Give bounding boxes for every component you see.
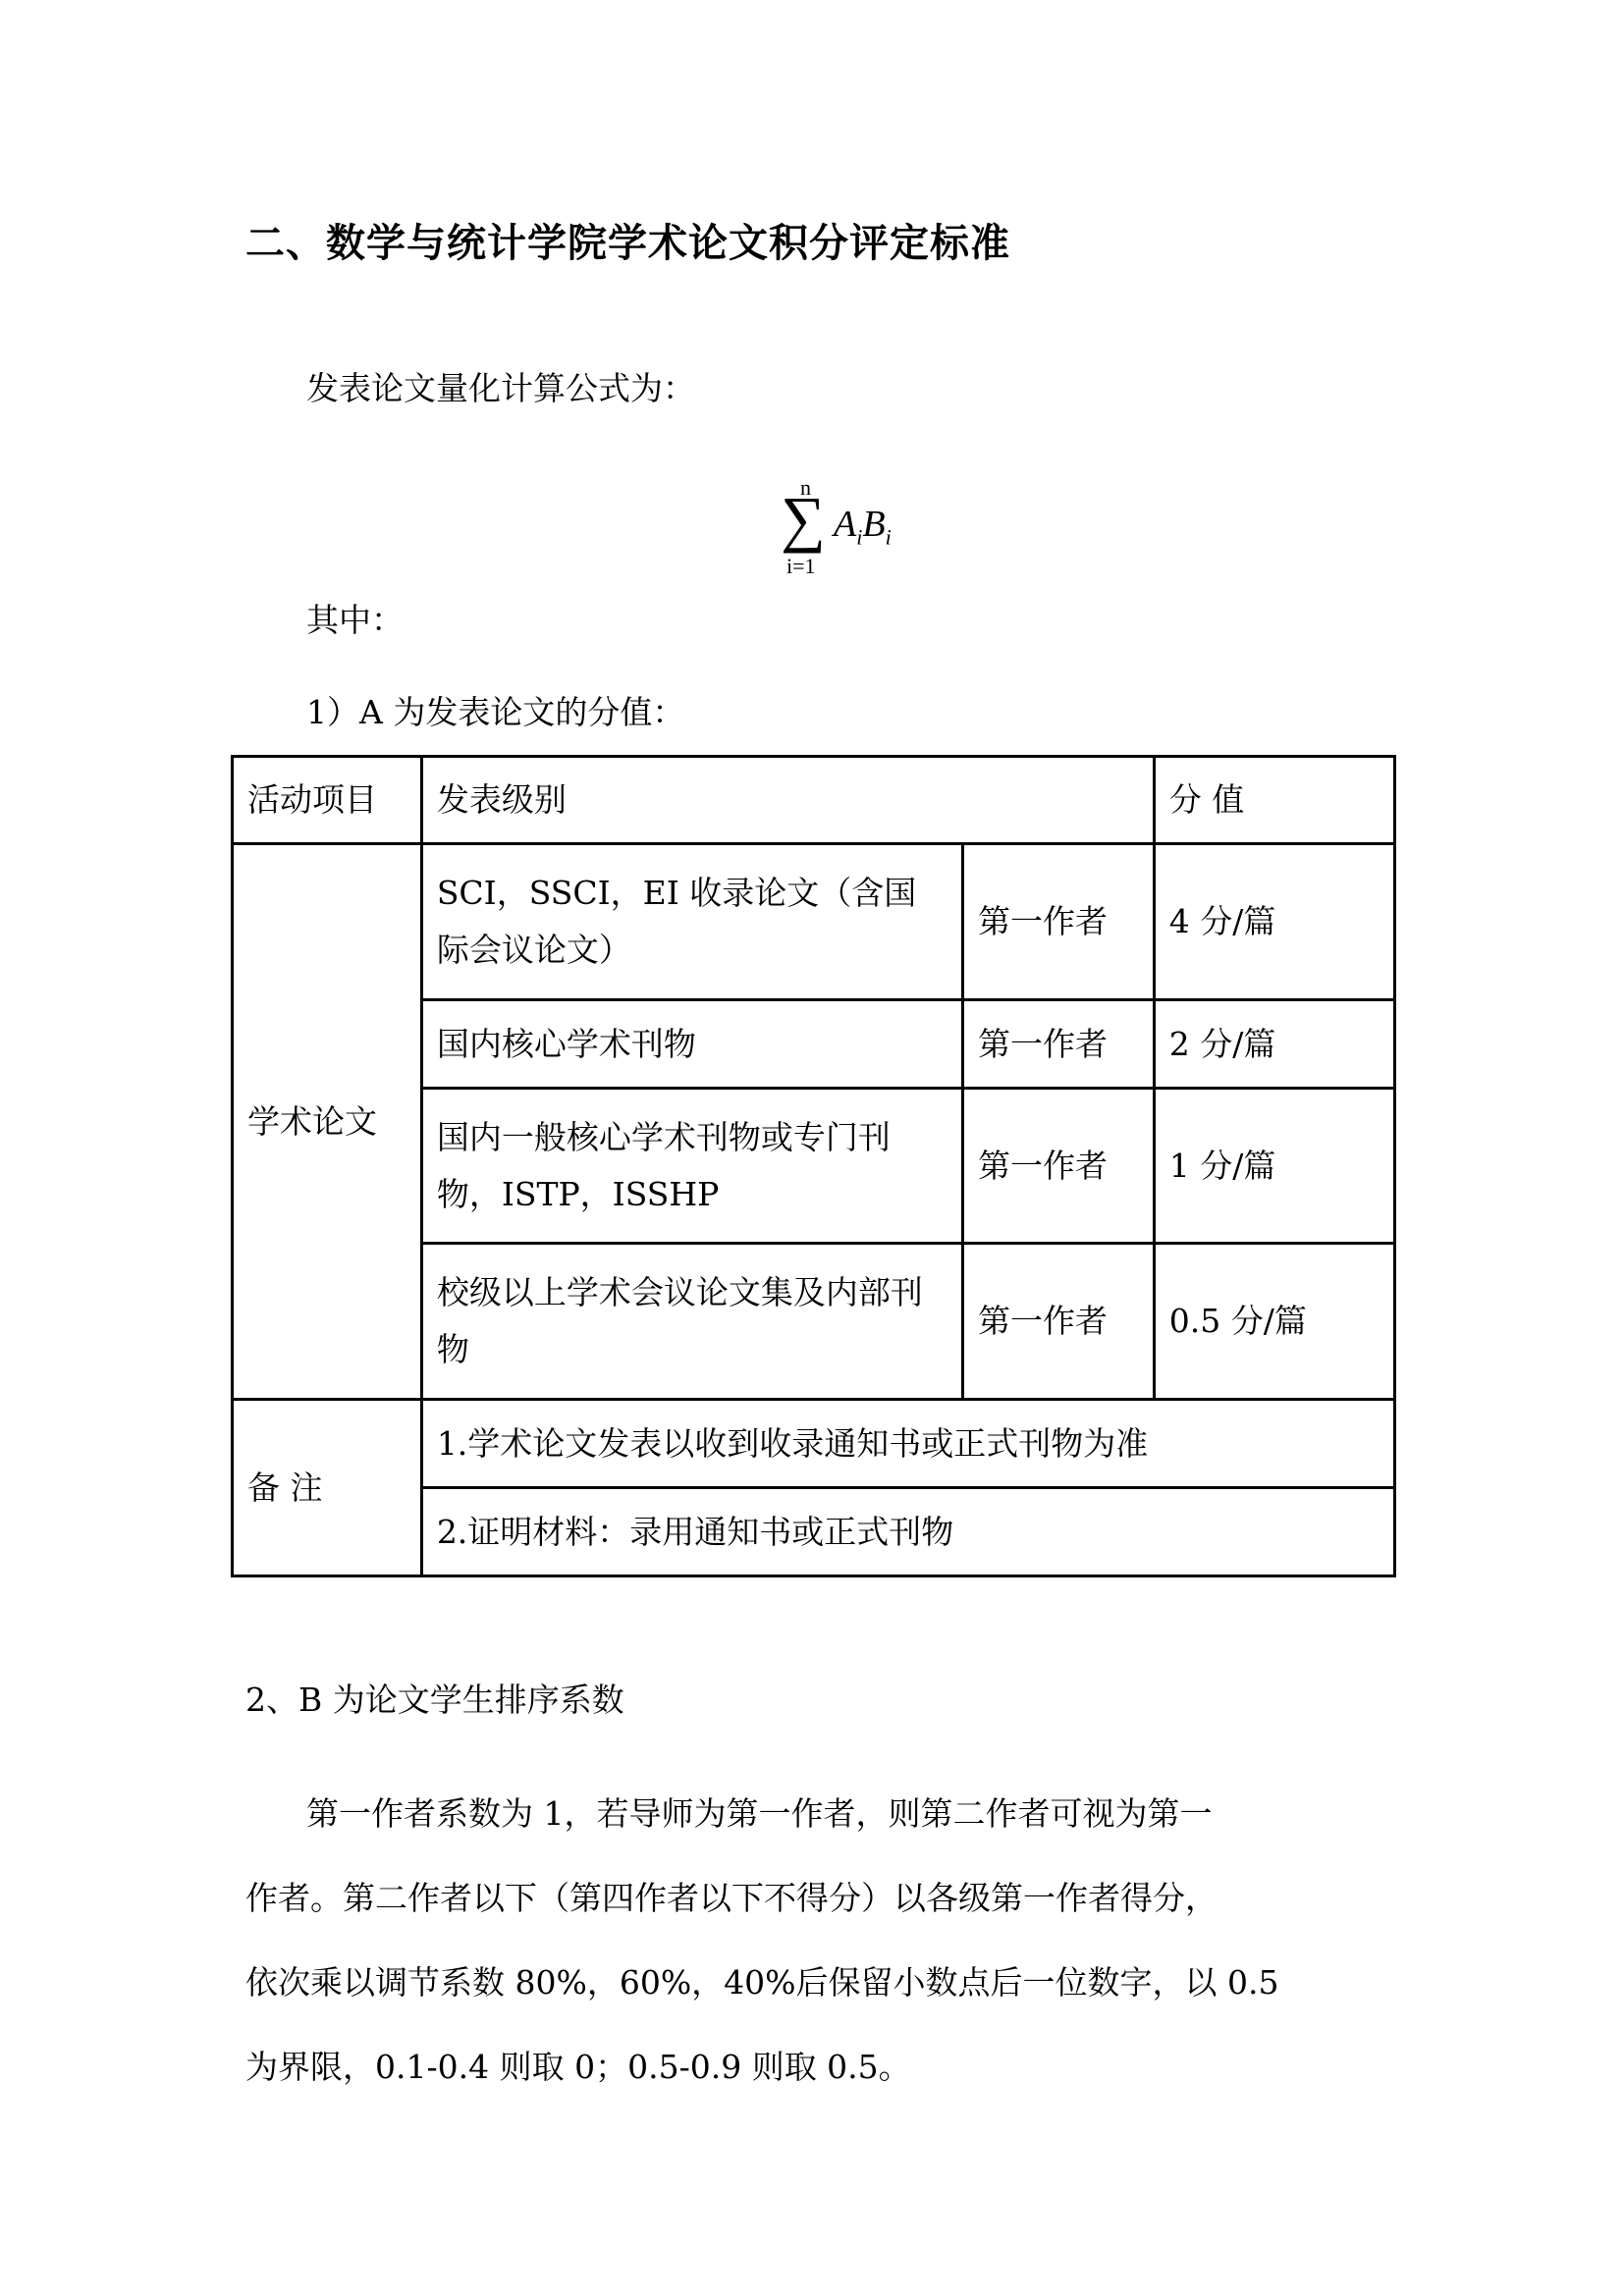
score-cell: 1 分/篇	[1154, 1089, 1394, 1244]
score-cell: 4 分/篇	[1154, 844, 1394, 1000]
paragraph-line: 依次乘以调节系数 80%，60%，40%后保留小数点后一位数字，以 0.5	[245, 1963, 1279, 2002]
score-cell: 0.5 分/篇	[1154, 1244, 1394, 1400]
header-level: 发表级别	[421, 757, 1154, 844]
paragraph-line: 为界限，0.1-0.4 则取 0；0.5-0.9 则取 0.5。	[245, 2048, 911, 2087]
notes-row: 备 注 1.学术论文发表以收到收录通知书或正式刊物为准	[233, 1400, 1395, 1488]
where-label: 其中：	[306, 601, 404, 640]
summation-formula: n ∑ i=1 AiBi	[781, 475, 918, 583]
author-cell: 第一作者	[962, 1089, 1154, 1244]
paragraph-line: 第一作者系数为 1，若导师为第一作者，则第二作者可视为第一	[306, 1794, 1213, 1834]
level-cell: 校级以上学术会议论文集及内部刊物	[421, 1244, 962, 1400]
note-item: 2.证明材料：录用通知书或正式刊物	[421, 1488, 1394, 1576]
level-cell: SCI，SSCI，EI 收录论文（含国际会议论文）	[421, 844, 962, 1000]
level-cell: 国内核心学术刊物	[421, 1000, 962, 1089]
score-cell: 2 分/篇	[1154, 1000, 1394, 1089]
paragraph-line: 作者。第二作者以下（第四作者以下不得分）以各级第一作者得分，	[245, 1879, 1218, 1918]
level-cell: 国内一般核心学术刊物或专门刊物，ISTP，ISSHP	[421, 1089, 962, 1244]
formula-intro: 发表论文量化计算公式为：	[306, 369, 695, 408]
header-score: 分 值	[1154, 757, 1394, 844]
header-activity: 活动项目	[233, 757, 422, 844]
note-item: 1.学术论文发表以收到收录通知书或正式刊物为准	[421, 1400, 1394, 1488]
category-cell: 学术论文	[233, 844, 422, 1400]
sigma-symbol: ∑	[781, 485, 826, 554]
formula-lower-limit: i=1	[786, 554, 816, 579]
table-header-row: 活动项目 发表级别 分 值	[233, 757, 1395, 844]
formula-body: AiBi	[834, 503, 892, 551]
notes-label: 备 注	[233, 1400, 422, 1576]
author-cell: 第一作者	[962, 844, 1154, 1000]
section-b-heading: 2、B 为论文学生排序系数	[245, 1681, 624, 1720]
score-table: 活动项目 发表级别 分 值 学术论文 SCI，SSCI，EI 收录论文（含国际会…	[231, 755, 1396, 1577]
author-cell: 第一作者	[962, 1000, 1154, 1089]
author-cell: 第一作者	[962, 1244, 1154, 1400]
table-row: 学术论文 SCI，SSCI，EI 收录论文（含国际会议论文） 第一作者 4 分/…	[233, 844, 1395, 1000]
page-title: 二、数学与统计学院学术论文积分评定标准	[245, 212, 1010, 268]
section-a-heading: 1）A 为发表论文的分值：	[306, 693, 684, 732]
